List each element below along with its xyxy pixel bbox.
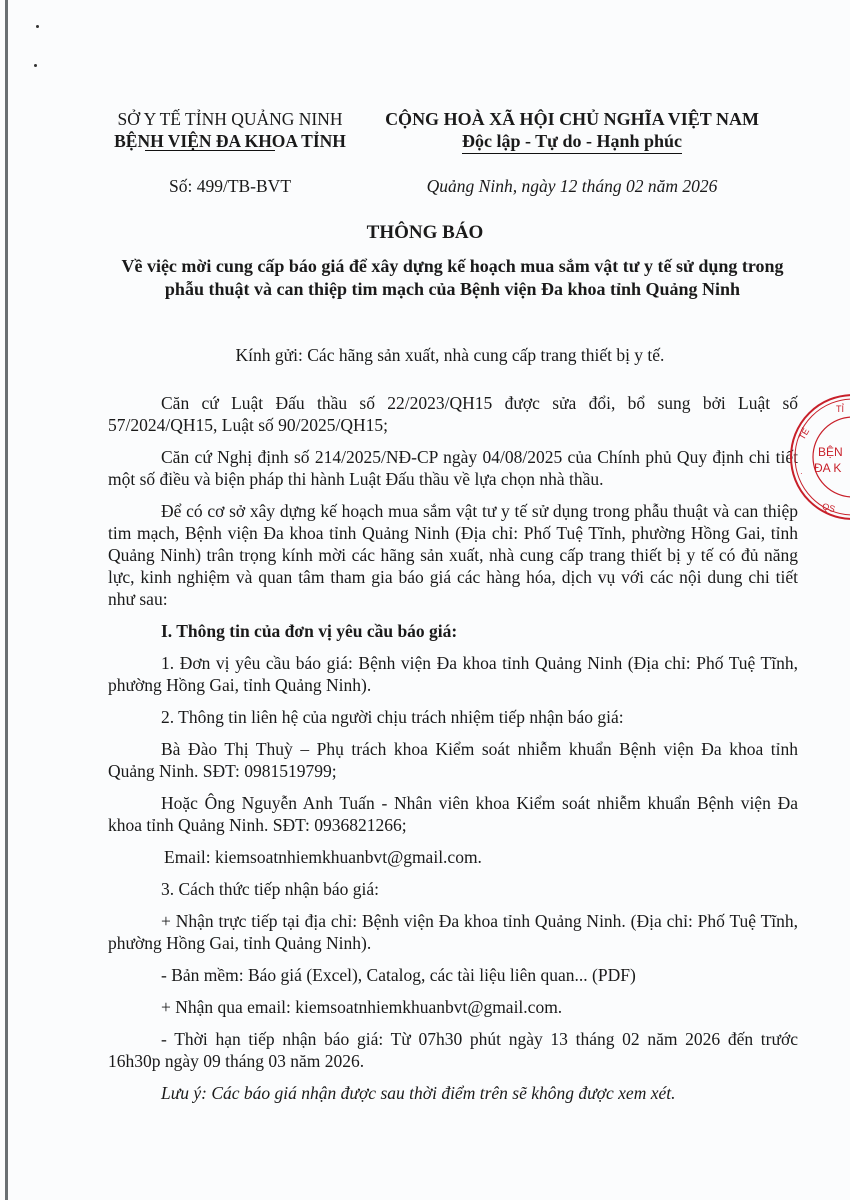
document-number: Số: 499/TB-BVT — [90, 176, 370, 197]
seal-line-1: BỆN — [818, 444, 843, 459]
document-subject: Về việc mời cung cấp báo giá để xây dựng… — [120, 255, 785, 301]
scan-edge — [5, 0, 8, 1200]
document-title: THÔNG BÁO — [0, 222, 850, 244]
issuing-agency: SỞ Y TẾ TỈNH QUẢNG NINH BỆNH VIỆN ĐA KHO… — [90, 108, 370, 152]
scan-speck — [36, 25, 39, 28]
agency-name: BỆNH VIỆN ĐA KHOA TỈNH — [90, 130, 370, 152]
legal-basis-1: Căn cứ Luật Đấu thầu số 22/2023/QH15 đượ… — [108, 392, 798, 436]
contact-person-2: Hoặc Ông Nguyễn Anh Tuấn - Nhân viên kho… — [108, 792, 798, 836]
receipt-email: + Nhận qua email: kiemsoatnhiemkhuanbvt@… — [108, 996, 798, 1018]
place-date: Quảng Ninh, ngày 12 tháng 02 năm 2026 — [372, 176, 772, 197]
receipt-method-label: 3. Cách thức tiếp nhận báo giá: — [108, 878, 798, 900]
requesting-unit: 1. Đơn vị yêu cầu báo giá: Bệnh viện Đa … — [108, 652, 798, 696]
seal-text-top: TỈ — [836, 403, 844, 414]
receipt-direct: + Nhận trực tiếp tại địa chỉ: Bệnh viện … — [108, 910, 798, 954]
recipient-line: Kính gửi: Các hãng sản xuất, nhà cung cấ… — [90, 345, 810, 366]
legal-basis-2: Căn cứ Nghị định số 214/2025/NĐ-CP ngày … — [108, 446, 798, 490]
agency-underline — [145, 150, 275, 151]
seal-text-left: TẾ — [797, 426, 811, 441]
country-name: CỘNG HOÀ XÃ HỘI CHỦ NGHĨA VIỆT NAM — [372, 108, 772, 130]
national-heading: CỘNG HOÀ XÃ HỘI CHỦ NGHĨA VIỆT NAM Độc l… — [372, 108, 772, 154]
section-heading: I. Thông tin của đơn vị yêu cầu báo giá: — [108, 620, 798, 642]
contact-person-1: Bà Đào Thị Thuỳ – Phụ trách khoa Kiểm so… — [108, 738, 798, 782]
official-seal-icon: TỈ TẾ BỆN ĐA K QS · — [788, 392, 850, 522]
svg-text:·: · — [800, 469, 803, 478]
parent-agency: SỞ Y TẾ TỈNH QUẢNG NINH — [90, 108, 370, 130]
soft-copy-requirement: - Bản mềm: Báo giá (Excel), Catalog, các… — [108, 964, 798, 986]
scan-speck — [34, 64, 37, 67]
late-submission-note: Lưu ý: Các báo giá nhận được sau thời đi… — [108, 1082, 798, 1104]
contact-info-label: 2. Thông tin liên hệ của người chịu trác… — [108, 706, 798, 728]
seal-line-2: ĐA K — [814, 461, 841, 475]
contact-email: Email: kiemsoatnhiemkhuanbvt@gmail.com. — [108, 846, 798, 868]
submission-deadline: - Thời hạn tiếp nhận báo giá: Từ 07h30 p… — [108, 1028, 798, 1072]
national-motto: Độc lập - Tự do - Hạnh phúc — [462, 130, 682, 154]
document-body: Căn cứ Luật Đấu thầu số 22/2023/QH15 đượ… — [108, 392, 798, 1114]
invitation-paragraph: Để có cơ sở xây dựng kế hoạch mua sắm vậ… — [108, 500, 798, 610]
